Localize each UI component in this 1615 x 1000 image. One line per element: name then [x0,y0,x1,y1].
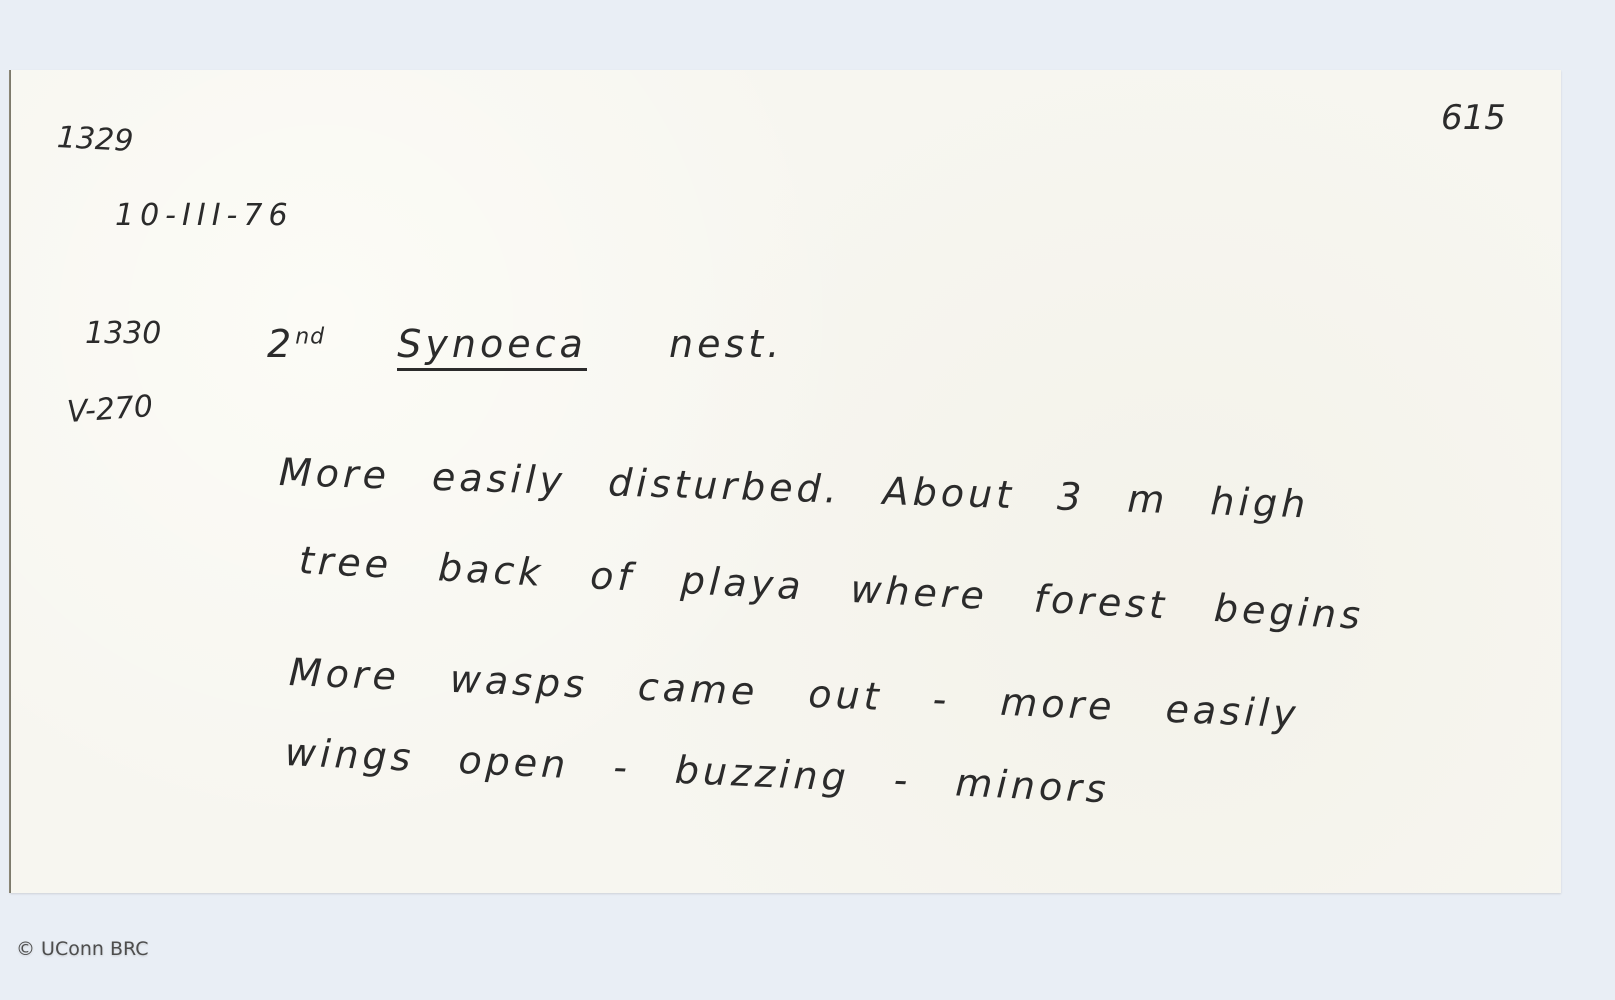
margin-code: V-270 [66,389,154,430]
note-line-3: tree back of playa where forest begins [298,538,1365,638]
genus-name: Synoeca [397,322,587,371]
note-line-2: More easily disturbed. About 3 m high [278,450,1310,526]
note-line-4: More wasps came out - more easily [288,650,1300,736]
field-note-card: 1329 615 10-III-76 1330 V-270 2nd Synoec… [10,70,1561,893]
note-line-5: wings open - buzzing - minors [284,730,1111,811]
record-number: 1329 [56,120,134,159]
margin-time: 1330 [85,316,161,351]
line1-rest: nest. [669,322,783,366]
note-line-1: 2nd Synoeca nest. [267,322,783,366]
ordinal: 2 [267,322,295,366]
page-number: 615 [1441,98,1506,138]
ordinal-suffix: nd [295,324,325,349]
date: 10-III-76 [115,198,294,233]
copyright-caption: © UConn BRC [16,938,149,960]
